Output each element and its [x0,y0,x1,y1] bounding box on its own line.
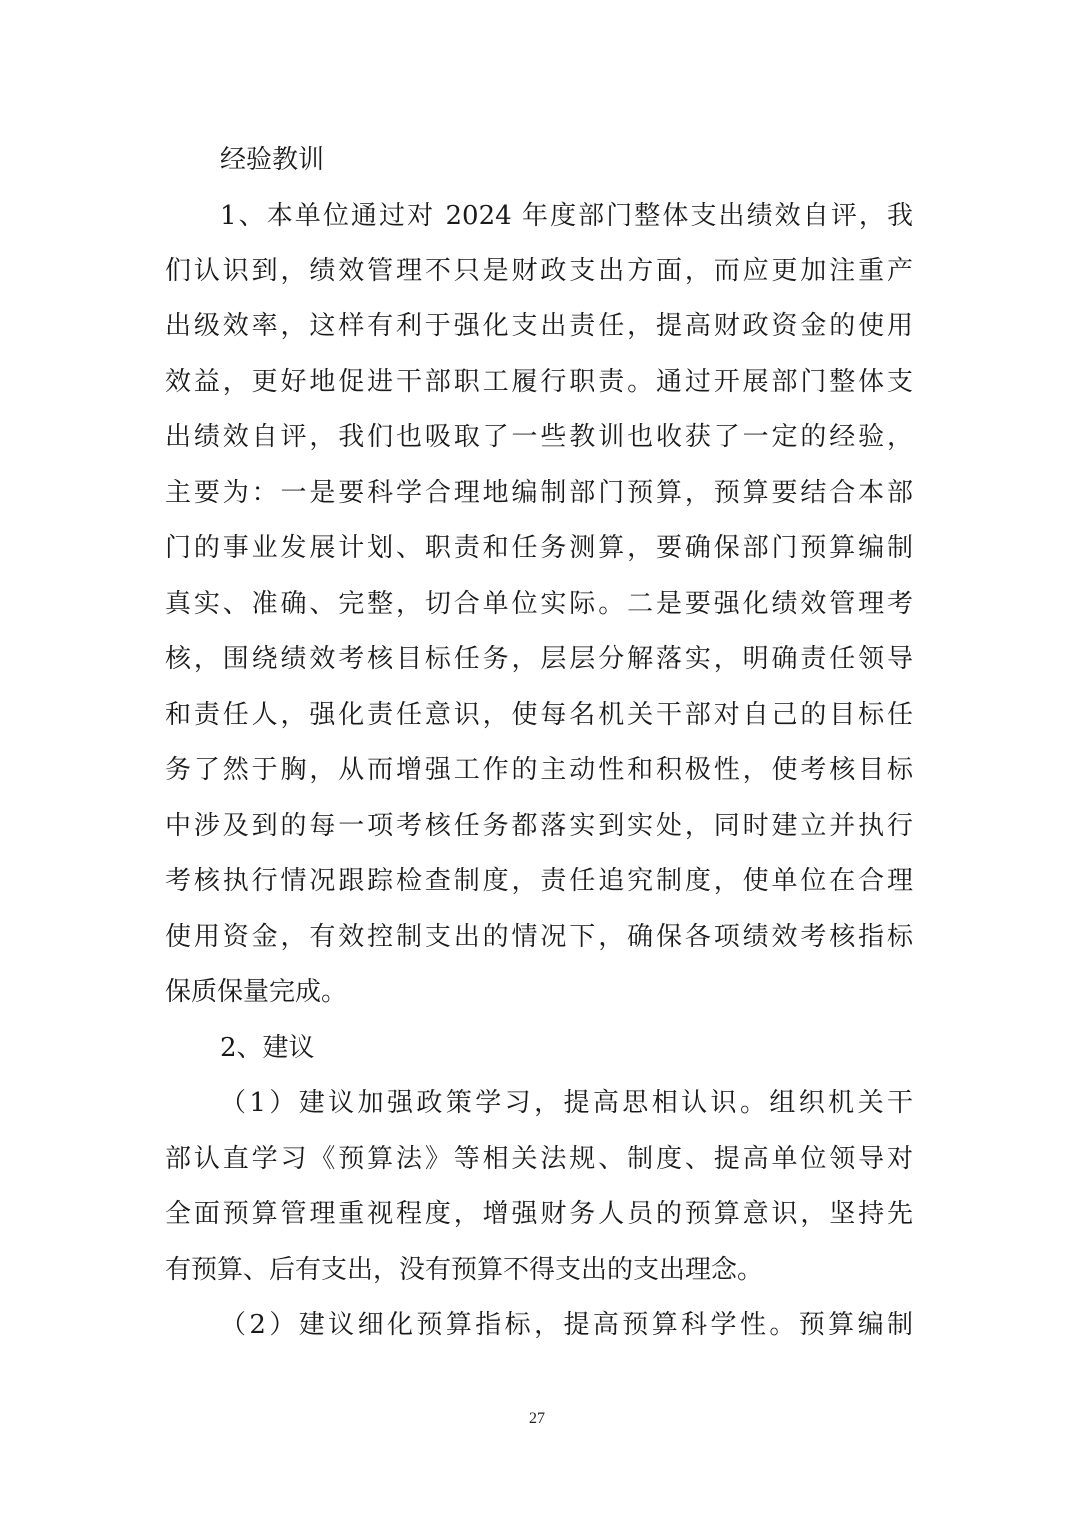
text-line: 有预算、后有支出，没有预算不得支出的支出理念。 [165,1252,913,1288]
document-page: 经验教训 1、本单位通过对 2024 年度部门整体支出绩效自评，我 们认识到，绩… [0,0,1074,1520]
page-number: 27 [0,1410,1074,1428]
section-heading-lessons: 经验教训 [220,142,913,178]
text-line: 务了然于胸，从而增强工作的主动性和积极性，使考核目标 [165,752,913,788]
text-line: 部认直学习《预算法》等相关法规、制度、提高单位领导对 [165,1141,913,1177]
text-line: 主要为：一是要科学合理地编制部门预算，预算要结合本部 [165,475,913,511]
text-line: 全面预算管理重视程度，增强财务人员的预算意识，坚持先 [165,1196,913,1232]
text-line: 出级效率，这样有利于强化支出责任，提高财政资金的使用 [165,308,913,344]
text-line: （1）建议加强政策学习，提高思相认识。组织机关干 [220,1085,913,1121]
text-line: 核，围绕绩效考核目标任务，层层分解落实，明确责任领导 [165,641,913,677]
text-line: 出绩效自评，我们也吸取了一些教训也收获了一定的经验， [165,419,913,455]
section-heading-suggestions: 2、建议 [220,1030,913,1066]
text-line: 保质保量完成。 [165,974,913,1010]
text-line: 门的事业发展计划、职责和任务测算，要确保部门预算编制 [165,530,913,566]
text-line: 和责任人，强化责任意识，使每名机关干部对自己的目标任 [165,697,913,733]
text-line: 效益，更好地促进干部职工履行职责。通过开展部门整体支 [165,364,913,400]
text-line: 1、本单位通过对 2024 年度部门整体支出绩效自评，我 [220,198,913,234]
text-line: 中涉及到的每一项考核任务都落实到实处，同时建立并执行 [165,808,913,844]
text-line: 们认识到，绩效管理不只是财政支出方面，而应更加注重产 [165,253,913,289]
text-line: 真实、准确、完整，切合单位实际。二是要强化绩效管理考 [165,586,913,622]
text-line: 使用资金，有效控制支出的情况下，确保各项绩效考核指标 [165,919,913,955]
text-line: 考核执行情况跟踪检查制度，责任追究制度，使单位在合理 [165,863,913,899]
text-line: （2）建议细化预算指标，提高预算科学性。预算编制 [220,1307,913,1343]
